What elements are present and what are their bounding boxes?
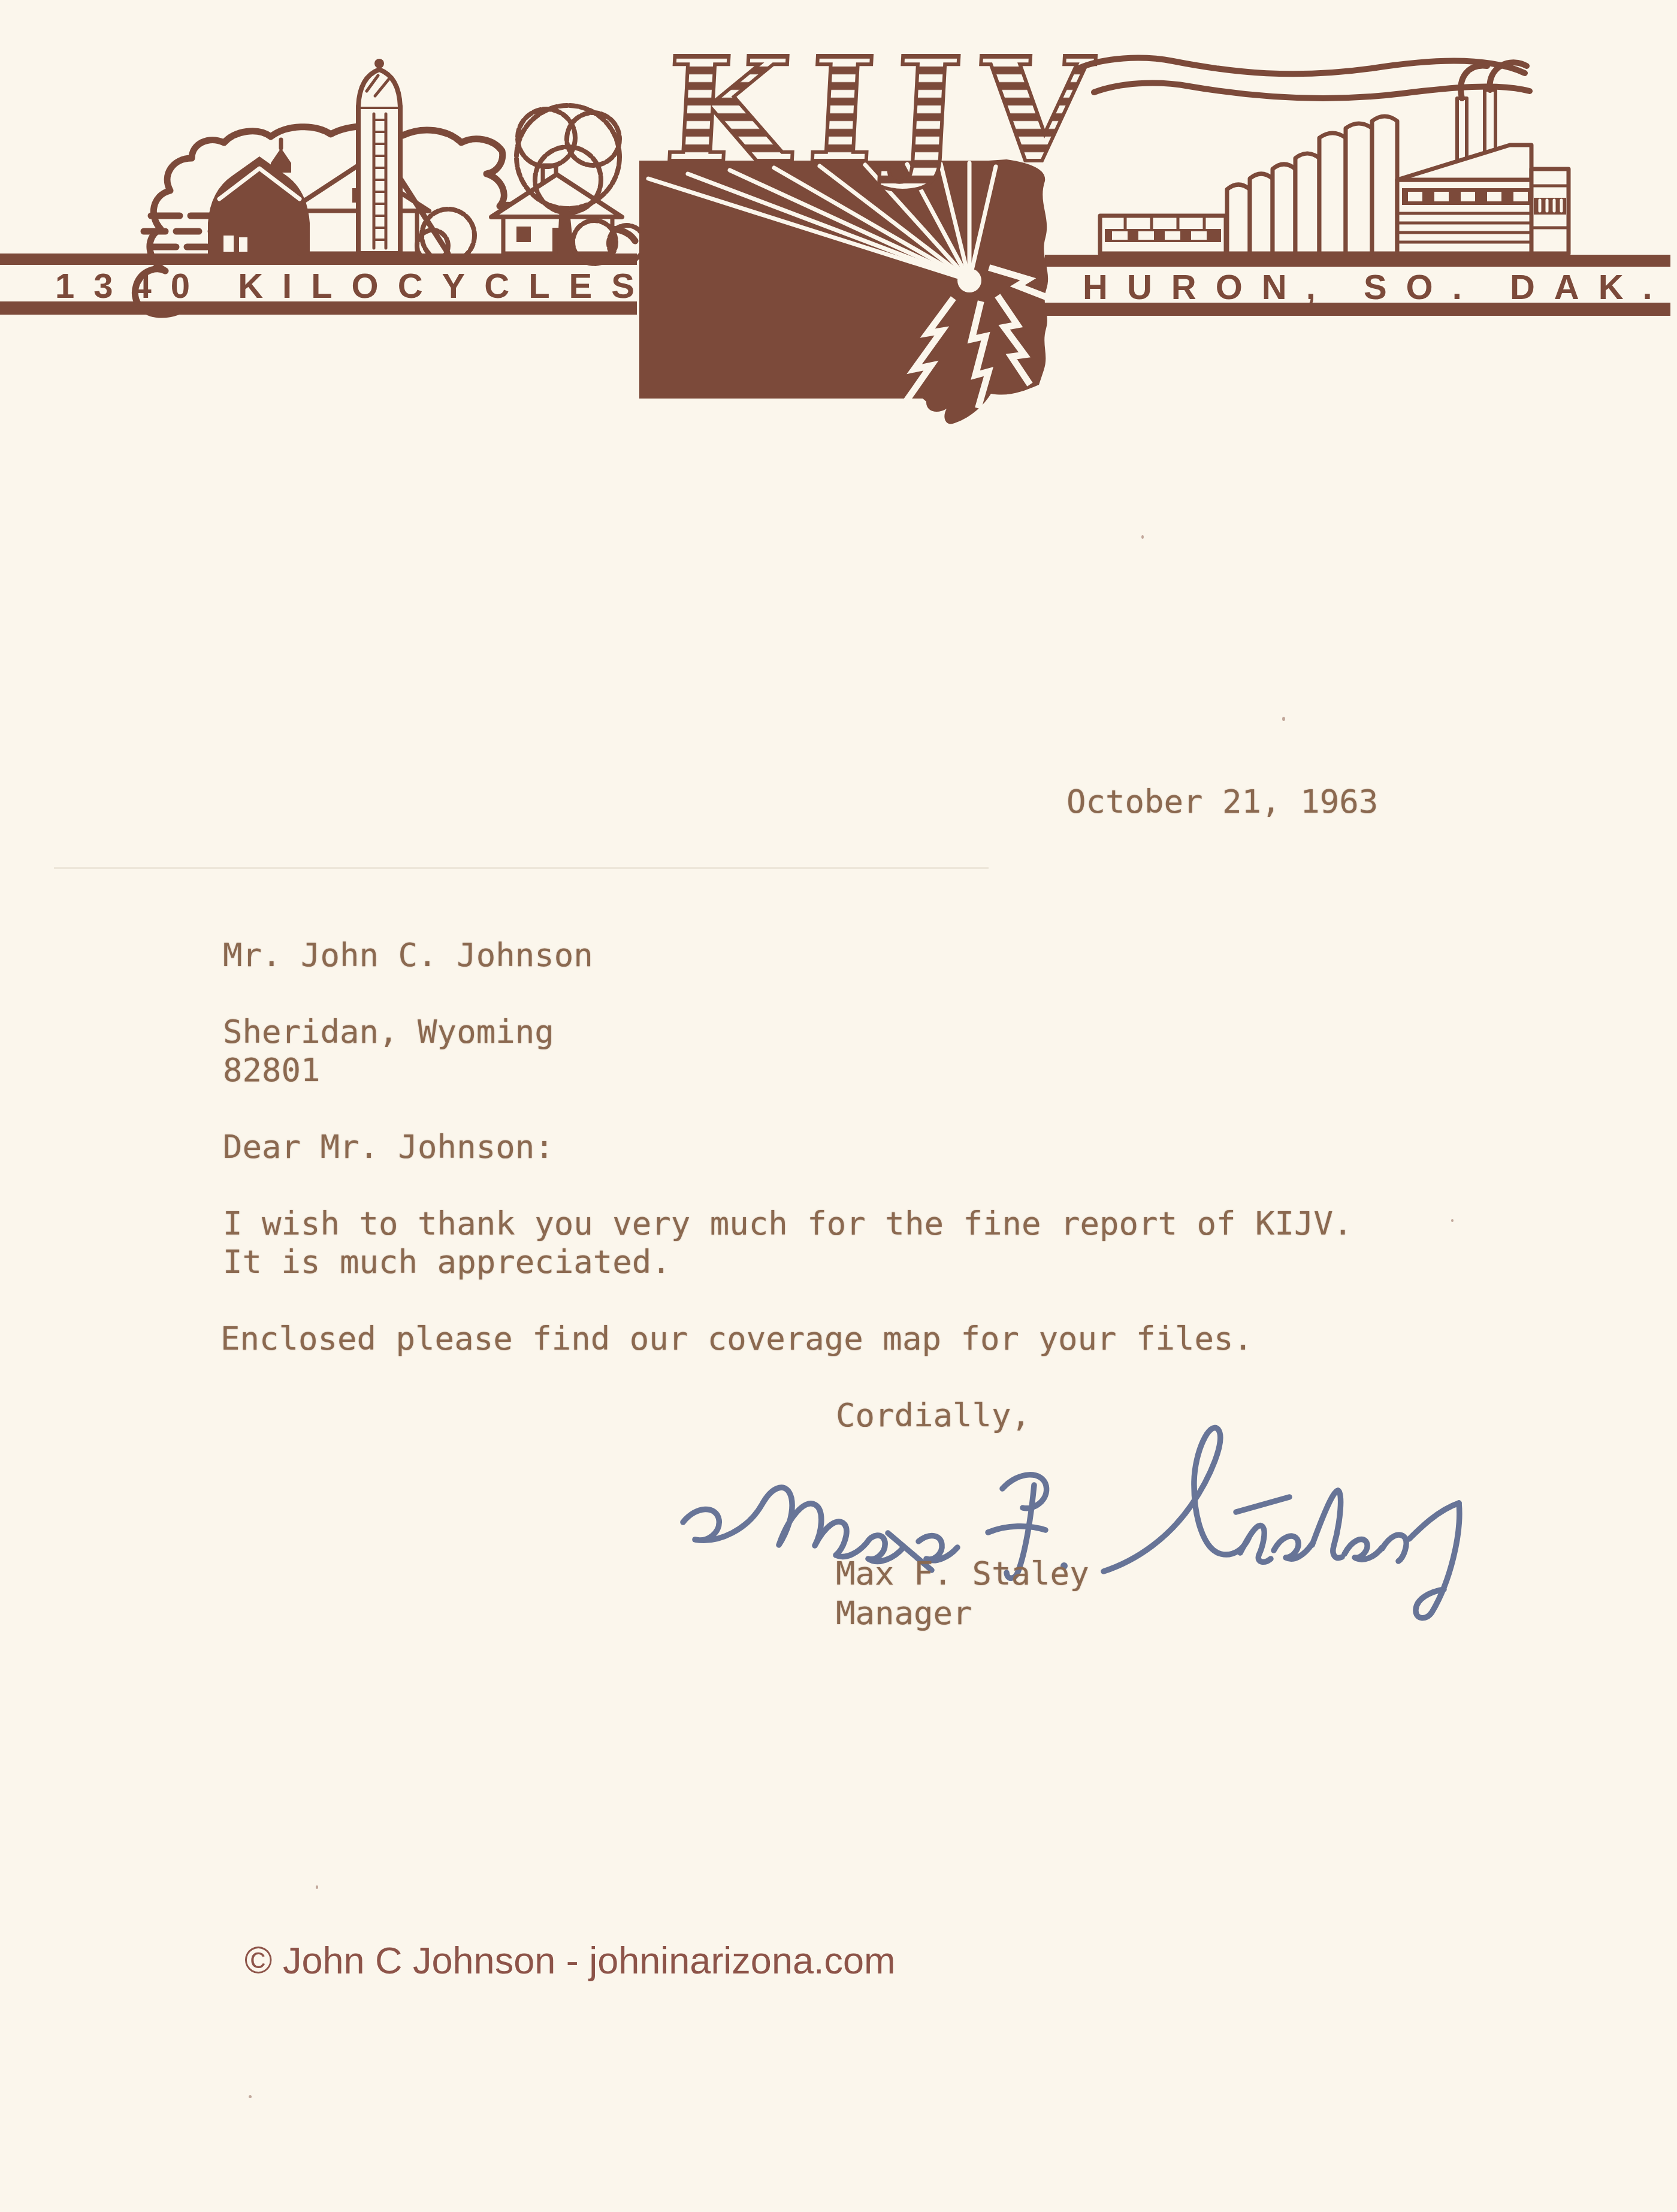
south-dakota-map-icon: KIJV — [639, 25, 1113, 424]
elevator-cylinders-icon — [1227, 116, 1397, 254]
station-call-letters: KIJV — [661, 25, 1113, 195]
date-line: October 21, 1963 — [1066, 786, 1378, 818]
paper-speck — [1282, 717, 1285, 721]
low-building-icon — [1100, 216, 1226, 254]
head-house-icon — [1397, 145, 1569, 254]
paper-speck — [1141, 535, 1144, 539]
scan-crease — [54, 867, 989, 869]
smoke-icon — [1078, 58, 1530, 98]
silo-icon — [358, 59, 400, 254]
recipient-zip-line: 82801 — [223, 1054, 321, 1087]
paper-speck — [1451, 1219, 1454, 1222]
recipient-name-line: Mr. John C. Johnson — [223, 939, 593, 971]
body-line-2: It is much appreciated. — [223, 1246, 671, 1278]
signature-autograph — [659, 1414, 1558, 1630]
signed-name-line: Max F. Staley — [836, 1558, 1089, 1590]
body-line-3: Enclosed please find our coverage map fo… — [220, 1323, 1253, 1355]
grain-elevator-factory-icon — [1078, 58, 1569, 254]
paper-speck — [249, 2095, 252, 2098]
paper-speck — [316, 1885, 318, 1889]
body-line-1: I wish to thank you very much for the fi… — [223, 1208, 1353, 1240]
signed-title-line: Manager — [836, 1597, 972, 1629]
letterhead-graphic: 1340 KILOCYCLES HURON, SO. DAK. — [0, 0, 1677, 461]
scanned-letter-page: 1340 KILOCYCLES HURON, SO. DAK. — [0, 0, 1677, 2212]
cupola-icon — [271, 148, 291, 173]
copyright-watermark: © John C Johnson - johninarizona.com — [244, 1939, 896, 1982]
location-banner-text: HURON, SO. DAK. — [1083, 268, 1672, 307]
salutation-line: Dear Mr. Johnson: — [223, 1131, 554, 1163]
recipient-city-line: Sheridan, Wyoming — [223, 1016, 554, 1048]
transmitter-dot — [957, 268, 981, 292]
